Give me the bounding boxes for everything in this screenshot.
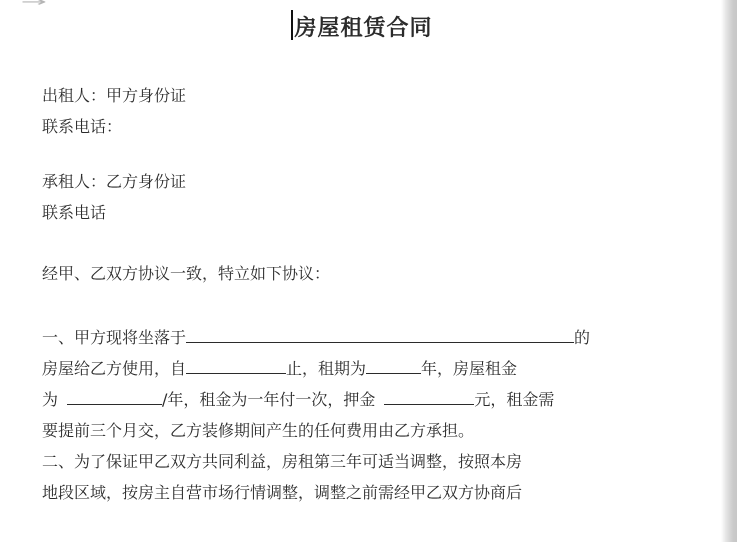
clause1-line1-pre: 一、甲方现将坐落于: [42, 328, 186, 347]
clause1-line3-mid: /年，租金为一年付一次，押金: [162, 390, 375, 409]
clause1-block: 一、甲方现将坐落于的 房屋给乙方使用，自止，租期为年，房屋租金 为/年，租金为一…: [42, 322, 682, 446]
fill-in-blank-deposit-amount: [384, 387, 474, 405]
clause1-line2-post: 年，房屋租金: [421, 359, 517, 378]
clause1-line3-pre: 为: [42, 390, 58, 409]
tab-formatting-mark-icon: →: [21, 0, 47, 9]
lessee-phone-line: 联系电话: [42, 197, 682, 228]
right-page-edge: [721, 0, 737, 542]
clause1-line3-post: 元，租金需: [474, 390, 554, 409]
document-title: 房屋租赁合同: [294, 16, 432, 41]
clause1-line3: 为/年，租金为一年付一次，押金元，租金需: [42, 384, 682, 415]
clause2-line1: 二、为了保证甲乙双方共同利益，房租第三年可适当调整，按照本房: [42, 446, 682, 477]
fill-in-blank-rent-amount: [67, 387, 162, 405]
document-title-line: 房屋租赁合同: [42, 10, 682, 44]
clause1-line2: 房屋给乙方使用，自止，租期为年，房屋租金: [42, 353, 682, 384]
clause2-line2: 地段区域，按房主自营市场行情调整，调整之前需经甲乙双方协商后: [42, 477, 682, 508]
intro-block: 经甲、乙双方协议一致，特立如下协议：: [42, 258, 682, 289]
clause1-line1-post: 的: [574, 328, 590, 347]
document-viewport: → 房屋租赁合同 出租人：甲方身份证 联系电话： 承租人：乙方身份证 联系电话 …: [0, 0, 737, 542]
clause1-line2-mid: 止，租期为: [286, 359, 366, 378]
fill-in-blank-term-years: [366, 356, 421, 374]
lessee-line: 承租人：乙方身份证: [42, 166, 682, 197]
clause1-line2-pre: 房屋给乙方使用，自: [42, 359, 186, 378]
clause1-line4: 要提前三个月交，乙方装修期间产生的任何费用由乙方承担。: [42, 415, 682, 446]
lessor-phone-line: 联系电话：: [42, 111, 682, 142]
lessor-block: 出租人：甲方身份证 联系电话：: [42, 80, 682, 142]
lessor-line: 出租人：甲方身份证: [42, 80, 682, 111]
fill-in-blank-end-date: [186, 356, 286, 374]
intro-line: 经甲、乙双方协议一致，特立如下协议：: [42, 258, 682, 289]
document-page[interactable]: → 房屋租赁合同 出租人：甲方身份证 联系电话： 承租人：乙方身份证 联系电话 …: [0, 0, 722, 542]
clause1-line1: 一、甲方现将坐落于的: [42, 322, 682, 353]
clause2-block: 二、为了保证甲乙双方共同利益，房租第三年可适当调整，按照本房 地段区域，按房主自…: [42, 446, 682, 508]
lessee-block: 承租人：乙方身份证 联系电话: [42, 166, 682, 228]
fill-in-blank-address: [186, 325, 574, 343]
